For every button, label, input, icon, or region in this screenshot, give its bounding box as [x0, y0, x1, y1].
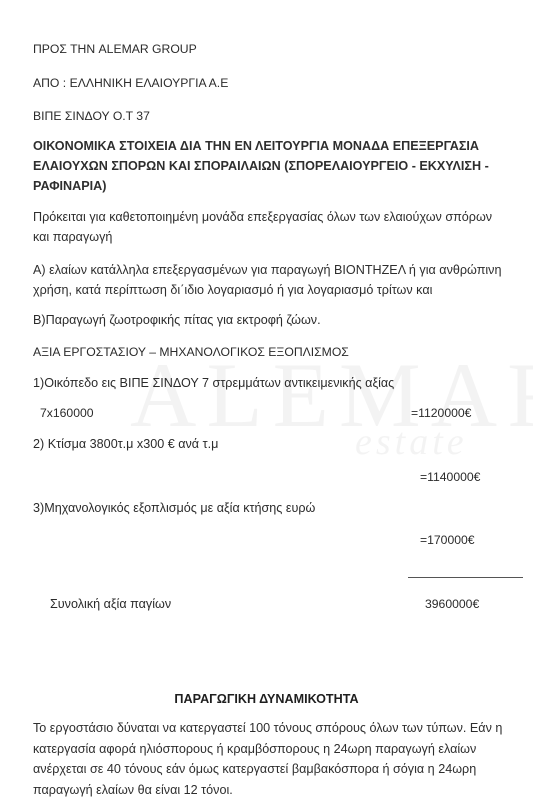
- location-line: ΒΙΠΕ ΣΙΝΔΟΥ Ο.Τ 37: [33, 109, 150, 123]
- sum-divider: [408, 577, 523, 578]
- title-line-1: ΟΙΚΟΝΟΜΙΚΑ ΣΤΟΙΧΕΙΑ ΔΙΑ ΤΗΝ ΕΝ ΛΕΙΤΟΥΡΓΙ…: [33, 136, 489, 156]
- item-a-paragraph: Α) ελαίων κατάλληλα επεξεργασμένων για π…: [33, 260, 501, 300]
- capacity-paragraph: Το εργοστάσιο δύναται να κατεργαστεί 100…: [33, 718, 502, 800]
- land-calculation: 7x160000: [40, 406, 94, 420]
- total-value: 3960000€: [425, 597, 479, 611]
- title-line-3: ΡΑΦΙΝΑΡΙΑ): [33, 176, 489, 196]
- item-b-line: Β)Παραγωγή ζωοτροφικής πίτας για εκτροφή…: [33, 313, 321, 327]
- land-value: =1120000€: [411, 406, 471, 420]
- watermark-sub: estate: [355, 420, 468, 464]
- title-line-2: ΕΛΑΙΟΥΧΩΝ ΣΠΟΡΩΝ ΚΑΙ ΣΠΟΡΑΙΛΑΙΩΝ (ΣΠΟΡΕΛ…: [33, 156, 489, 176]
- equipment-label: 3)Μηχανολογικός εξοπλισμός με αξία κτήση…: [33, 501, 315, 515]
- assets-heading: ΑΞΙΑ ΕΡΓΟΣΤΑΣΙΟΥ – ΜΗΧΑΝΟΛΟΓΙΚΟΣ ΕΞΟΠΛΙΣ…: [33, 345, 349, 359]
- intro-line-1: Πρόκειται για καθετοποιημένη μονάδα επεξ…: [33, 207, 492, 227]
- intro-paragraph: Πρόκειται για καθετοποιημένη μονάδα επεξ…: [33, 207, 492, 247]
- capacity-line-3: ανέρχεται σε 40 τόνους εάν όμως κατεργασ…: [33, 759, 502, 780]
- total-label: Συνολική αξία παγίων: [50, 597, 171, 611]
- land-label: 1)Οικόπεδο εις ΒΙΠΕ ΣΙΝΔΟΥ 7 στρεμμάτων …: [33, 376, 394, 390]
- watermark-brand: ALEMAR: [130, 350, 533, 440]
- item-a-line-2: χρήση, κατά περίπτωση δι΄ιδιο λογαριασμό…: [33, 280, 501, 300]
- watermark: ALEMAR estate: [130, 350, 533, 440]
- equipment-value: =170000€: [420, 533, 475, 547]
- recipient-line: ΠΡΟΣ ΤΗΝ ALEMAR GROUP: [33, 42, 197, 56]
- sender-line: ΑΠΟ : ΕΛΛΗΝΙΚΗ ΕΛΑΙΟΥΡΓΙΑ Α.Ε: [33, 76, 228, 90]
- building-label: 2) Κτίσμα 3800τ.μ x300 € ανά τ.μ: [33, 437, 218, 451]
- item-a-line-1: Α) ελαίων κατάλληλα επεξεργασμένων για π…: [33, 260, 501, 280]
- capacity-heading: ΠΑΡΑΓΩΓΙΚΗ ΔΥΝΑΜΙΚΟΤΗΤΑ: [0, 692, 533, 706]
- building-value: =1140000€: [420, 470, 480, 484]
- intro-line-2: και παραγωγή: [33, 227, 492, 247]
- capacity-line-1: Το εργοστάσιο δύναται να κατεργαστεί 100…: [33, 718, 502, 739]
- document-title: ΟΙΚΟΝΟΜΙΚΑ ΣΤΟΙΧΕΙΑ ΔΙΑ ΤΗΝ ΕΝ ΛΕΙΤΟΥΡΓΙ…: [33, 136, 489, 196]
- capacity-line-2: κατεργασία αφορά ηλιόσπορους ή κραμβόσπο…: [33, 739, 502, 760]
- capacity-line-4: παραγωγή ελαίων θα είναι 12 τόνοι.: [33, 780, 502, 800]
